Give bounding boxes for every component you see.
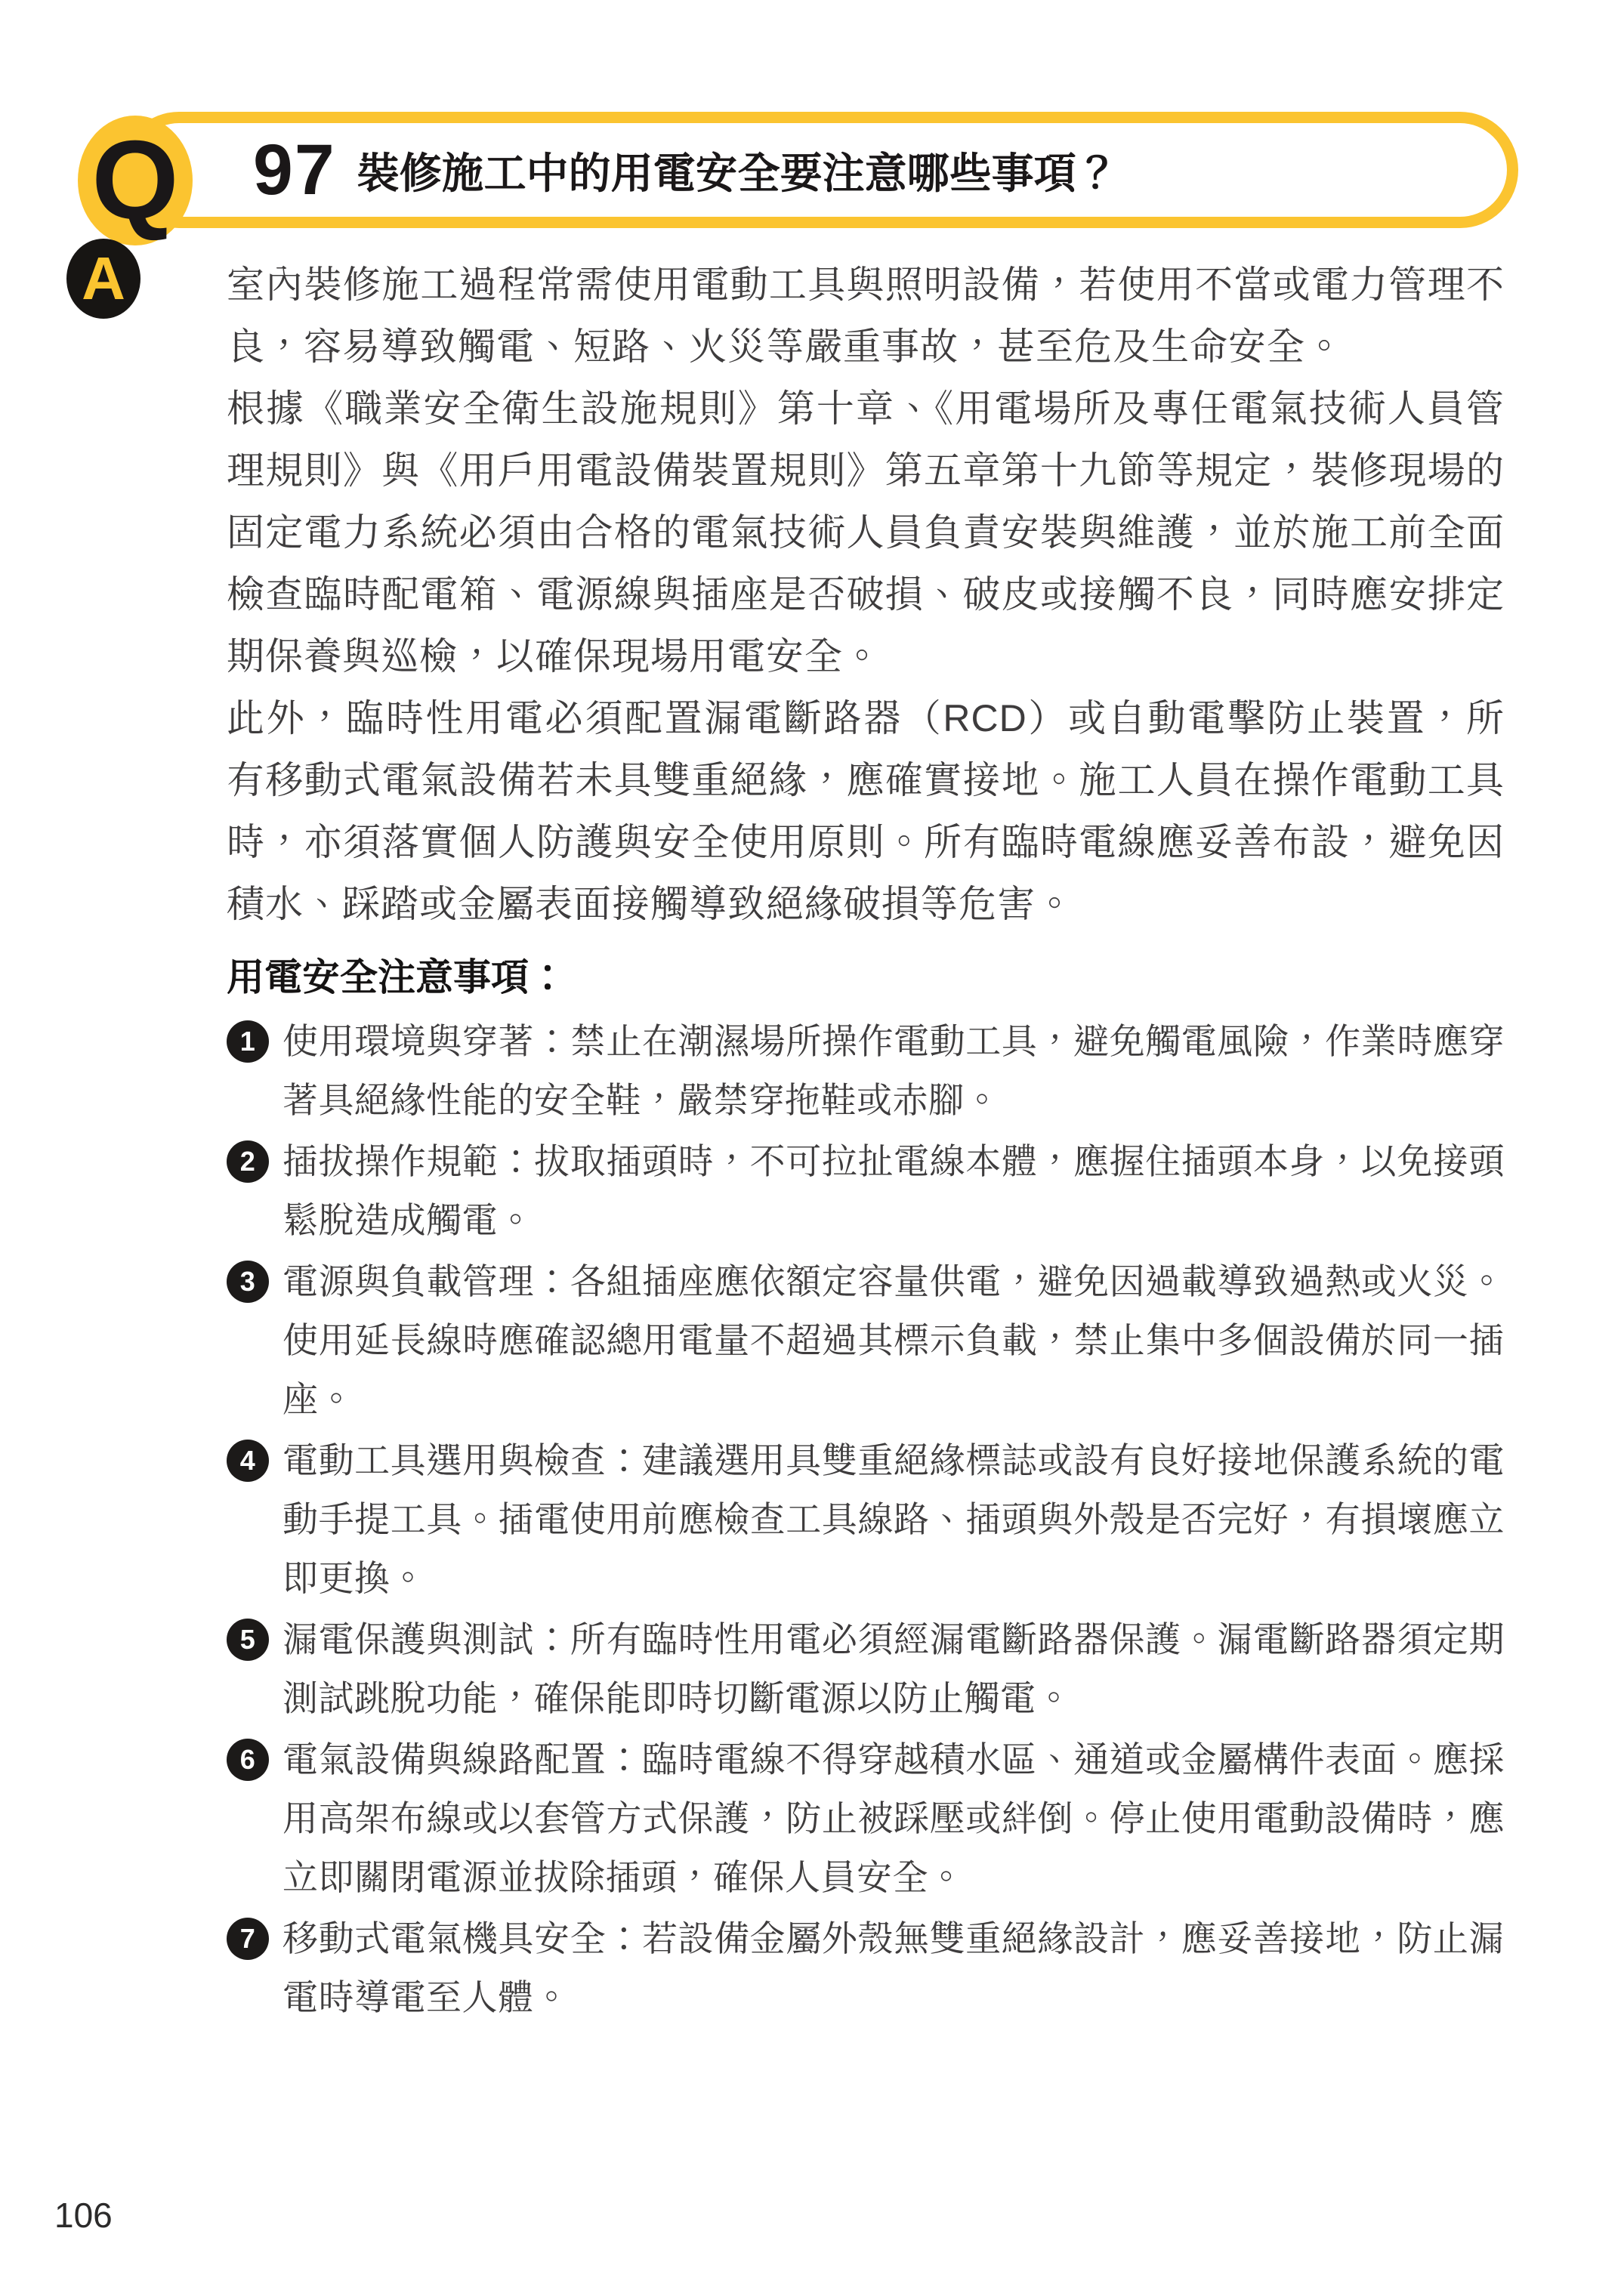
question-header: Q 97 裝修施工中的用電安全要注意哪些事項？ [121,112,1518,228]
safety-list-heading: 用電安全注意事項： [227,947,1505,1008]
book-page: Q 97 裝修施工中的用電安全要注意哪些事項？ A 室內裝修施工過程常需使用電動… [0,0,1624,2293]
list-item: 5 漏電保護與測試：所有臨時性用電必須經漏電斷路器保護。漏電斷路器須定期測試跳脫… [227,1610,1505,1728]
list-number-badge: 6 [227,1739,269,1781]
list-item-text: 電源與負載管理：各組插座應依額定容量供電，避免因過載導致過熱或火災。使用延長線時… [283,1261,1505,1419]
page-number: 106 [54,2195,113,2236]
list-item-text: 使用環境與穿著：禁止在潮濕場所操作電動工具，避免觸電風險，作業時應穿著具絕緣性能… [283,1021,1505,1120]
list-item-text: 漏電保護與測試：所有臨時性用電必須經漏電斷路器保護。漏電斷路器須定期測試跳脫功能… [283,1619,1505,1718]
list-number-badge: 4 [227,1440,269,1482]
list-item: 2 插拔操作規範：拔取插頭時，不可拉扯電線本體，應握住插頭本身，以免接頭鬆脫造成… [227,1132,1505,1250]
list-item: 1 使用環境與穿著：禁止在潮濕場所操作電動工具，避免觸電風險，作業時應穿著具絕緣… [227,1012,1505,1130]
list-number-badge: 1 [227,1020,269,1063]
safety-list: 1 使用環境與穿著：禁止在潮濕場所操作電動工具，避免觸電風險，作業時應穿著具絕緣… [227,1012,1505,2027]
list-item: 3 電源與負載管理：各組插座應依額定容量供電，避免因過載導致過熱或火災。使用延長… [227,1252,1505,1429]
answer-body: 室內裝修施工過程常需使用電動工具與照明設備，若使用不當或電力管理不良，容易導致觸… [227,254,1505,2029]
answer-paragraph: 根據《職業安全衛生設施規則》第十章、《用電場所及專任電氣技術人員管理規則》與《用… [227,378,1505,687]
list-item-text: 電動工具選用與檢查：建議選用具雙重絕緣標誌或設有良好接地保護系統的電動手提工具。… [283,1440,1505,1598]
list-item: 7 移動式電氣機具安全：若設備金屬外殼無雙重絕緣設計，應妥善接地，防止漏電時導電… [227,1909,1505,2027]
question-title: 裝修施工中的用電安全要注意哪些事項？ [357,153,1119,195]
q-badge-icon: Q [78,116,193,245]
list-item-text: 電氣設備與線路配置：臨時電線不得穿越積水區、通道或金屬構件表面。應採用高架布線或… [283,1739,1505,1897]
answer-paragraph: 此外，臨時性用電必須配置漏電斷路器（RCD）或自動電擊防止裝置，所有移動式電氣設… [227,687,1505,935]
list-item-text: 插拔操作規範：拔取插頭時，不可拉扯電線本體，應握住插頭本身，以免接頭鬆脫造成觸電… [283,1141,1505,1240]
list-item-text: 移動式電氣機具安全：若設備金屬外殼無雙重絕緣設計，應妥善接地，防止漏電時導電至人… [283,1918,1505,2017]
list-number-badge: 7 [227,1918,269,1960]
list-number-badge: 5 [227,1619,269,1661]
list-item: 6 電氣設備與線路配置：臨時電線不得穿越積水區、通道或金屬構件表面。應採用高架布… [227,1730,1505,1907]
list-item: 4 電動工具選用與檢查：建議選用具雙重絕緣標誌或設有良好接地保護系統的電動手提工… [227,1431,1505,1608]
list-number-badge: 3 [227,1261,269,1303]
list-number-badge: 2 [227,1140,269,1183]
answer-paragraph: 室內裝修施工過程常需使用電動工具與照明設備，若使用不當或電力管理不良，容易導致觸… [227,254,1505,378]
question-number: 97 [253,134,336,206]
answer-badge-icon: A [66,239,140,319]
